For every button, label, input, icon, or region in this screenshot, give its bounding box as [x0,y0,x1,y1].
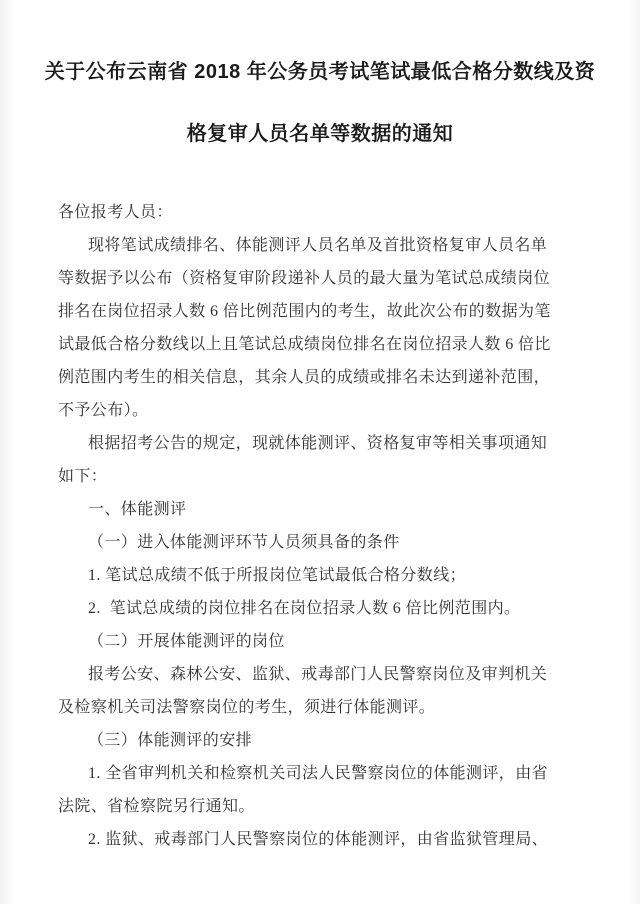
document-title: 关于公布云南省 2018 年公务员考试笔试最低合格分数线及资 格复审人员名单等数… [0,0,640,165]
title-line-2: 格复审人员名单等数据的通知 [0,103,640,165]
subsection-1-2-heading: （二）开展体能测评的岗位 [58,625,610,658]
subsection-1-1-heading: （一）进入体能测评环节人员须具备的条件 [58,526,610,559]
salutation-line: 各位报考人员： [58,196,610,229]
paragraph-1-line-2: 等数据予以公布（资格复审阶段递补人员的最大量为笔试总成绩岗位 [58,262,610,295]
subsection-1-2-text-line-2: 及检察机关司法警察岗位的考生，须进行体能测评。 [58,691,610,724]
paragraph-1-line-1: 现将笔试成绩排名、体能测评人员名单及首批资格复审人员名单 [58,229,610,262]
paragraph-1-line-5: 例范围内考生的相关信息，其余人员的成绩或排名未达到递补范围， [58,361,610,394]
arrangement-item-1-line-2: 法院、省检察院另行通知。 [58,790,610,823]
paragraph-1-line-4: 试最低合格分数线以上且笔试总成绩岗位排名在岗位招录人数 6 倍比 [58,328,610,361]
title-line-1: 关于公布云南省 2018 年公务员考试笔试最低合格分数线及资 [0,41,640,103]
document-page: 关于公布云南省 2018 年公务员考试笔试最低合格分数线及资 格复审人员名单等数… [0,0,640,904]
item-1-line: 1. 笔试总成绩不低于所报岗位笔试最低合格分数线； [58,559,610,592]
subsection-1-2-text-line-1: 报考公安、森林公安、监狱、戒毒部门人民警察岗位及审判机关 [58,658,610,691]
document-body: 各位报考人员： 现将笔试成绩排名、体能测评人员名单及首批资格复审人员名单 等数据… [0,196,640,856]
section-1-heading: 一、体能测评 [58,493,610,526]
paragraph-2-line-2: 如下： [58,460,610,493]
paragraph-1-line-6: 不予公布）。 [58,394,610,427]
paragraph-1-line-3: 排名在岗位招录人数 6 倍比例范围内的考生，故此次公布的数据为笔 [58,295,610,328]
arrangement-item-2-line-1: 2. 监狱、戒毒部门人民警察岗位的体能测评，由省监狱管理局、 [58,823,610,856]
arrangement-item-1-line-1: 1. 全省审判机关和检察机关司法人民警察岗位的体能测评，由省 [58,757,610,790]
paragraph-2-line-1: 根据招考公告的规定，现就体能测评、资格复审等相关事项通知 [58,427,610,460]
item-2-line: 2. 笔试总成绩的岗位排名在岗位招录人数 6 倍比例范围内。 [58,592,610,625]
subsection-1-3-heading: （三）体能测评的安排 [58,724,610,757]
